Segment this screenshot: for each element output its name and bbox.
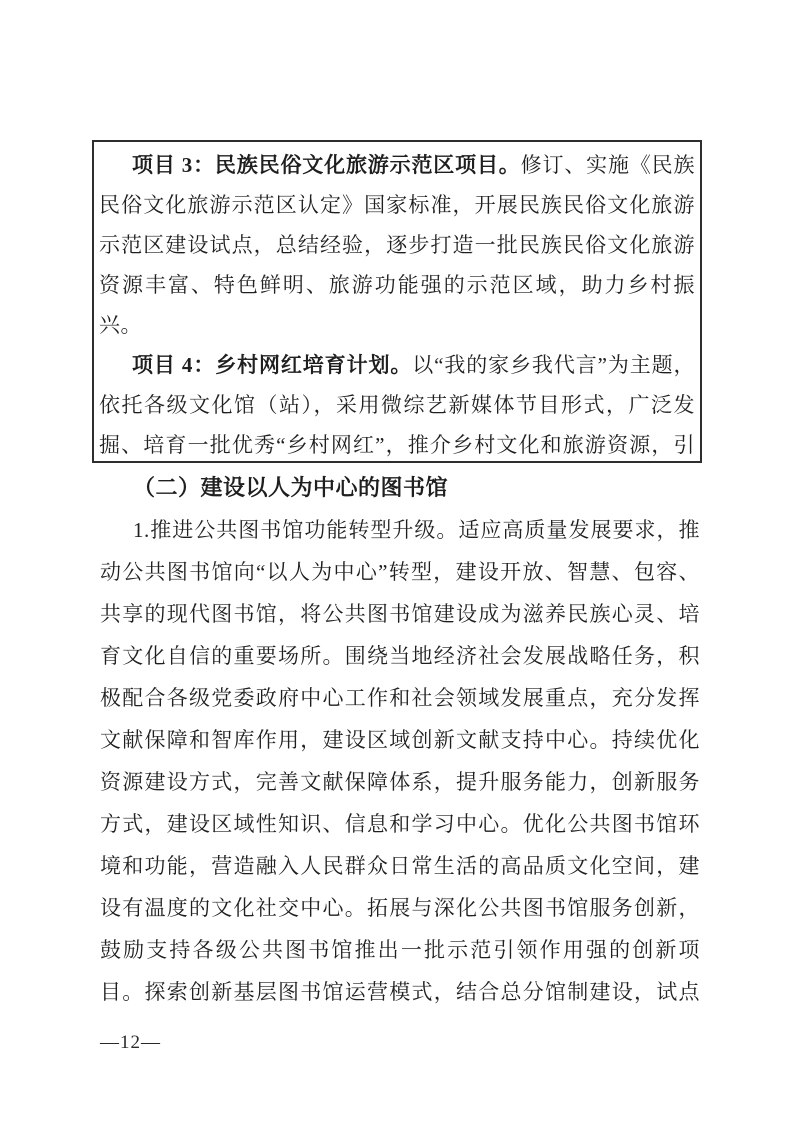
project-notice-box: 项目 3：民族民俗文化旅游示范区项目。修订、实施《民族民俗文化旅游示范区认定》国…	[92, 140, 702, 463]
section-paragraph-lead: 1.推进公共图书馆功能转型升级。	[133, 518, 458, 542]
section-heading: （二）建设以人为中心的图书馆	[100, 467, 700, 509]
section-paragraph-body: 适应高质量发展要求，推动公共图书馆向“以人为中心”转型，建设开放、智慧、包容、共…	[100, 518, 700, 1015]
document-page: 项目 3：民族民俗文化旅游示范区项目。修订、实施《民族民俗文化旅游示范区认定》国…	[0, 0, 793, 1122]
project-4-lead: 项目 4：乡村网红培育计划。	[132, 353, 412, 377]
page-number: —12—	[100, 1031, 161, 1055]
paragraph-project-4: 项目 4：乡村网红培育计划。以“我的家乡我代言”为主题，依托各级文化馆（站），采…	[99, 345, 695, 463]
section-paragraph: 1.推进公共图书馆功能转型升级。适应高质量发展要求，推动公共图书馆向“以人为中心…	[100, 509, 700, 1015]
project-3-body: 修订、实施《民族民俗文化旅游示范区认定》国家标准，开展民族民俗文化旅游示范区建设…	[99, 153, 695, 337]
project-3-lead: 项目 3：民族民俗文化旅游示范区项目。	[132, 153, 521, 177]
paragraph-project-3: 项目 3：民族民俗文化旅游示范区项目。修订、实施《民族民俗文化旅游示范区认定》国…	[99, 145, 695, 345]
